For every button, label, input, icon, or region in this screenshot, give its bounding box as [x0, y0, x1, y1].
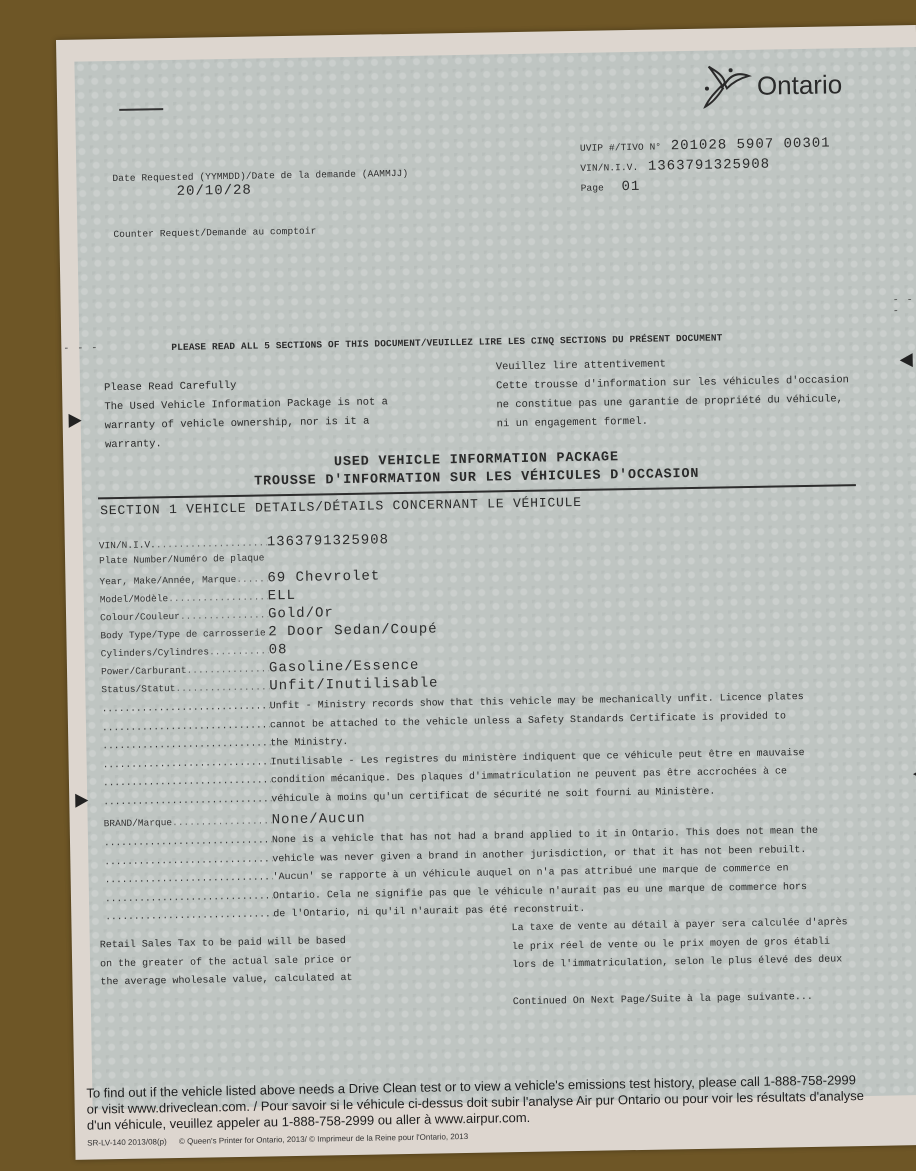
notice-english: Please Read Carefully The Used Vehicle I…	[104, 374, 389, 455]
field-label: Body Type/Type de carrosserie	[100, 627, 265, 641]
field-vin: VIN/N.I.V...............................…	[99, 532, 389, 553]
field-value: 1363791325908	[267, 532, 389, 550]
field-value: 2 Door Sedan/Coupé	[268, 621, 437, 640]
field-value: Unfit/Inutilisable	[269, 675, 438, 694]
perforation-left: - - -	[63, 343, 98, 355]
uvip-label: UVIP #/TIVO N°	[580, 141, 661, 153]
uvip-value: 201028 5907 00301	[671, 135, 831, 154]
date-requested-label: Date Requested (YYMMDD)/Date de la deman…	[112, 168, 408, 184]
field-plate: Plate Number/Numéro de plaque	[99, 552, 267, 566]
field-brand: BRAND/Marque............................…	[104, 811, 366, 832]
page-label: Page	[581, 182, 604, 193]
field-body-type: Body Type/Type de carrosserie 2 Door Sed…	[100, 621, 437, 643]
notice-en-line: warranty.	[105, 431, 389, 455]
field-label: Power/Carburant	[101, 665, 187, 677]
brand-notes: ........................................…	[104, 823, 820, 928]
date-requested-value: 20/10/28	[177, 183, 252, 200]
field-value: Gasoline/Essence	[269, 658, 420, 677]
field-model: Model/Modèle............................…	[100, 588, 296, 607]
copyright: © Queen's Printer for Ontario, 2013/ © I…	[179, 1132, 468, 1146]
security-form-area: Ontario Date Requested (YYMMDD)/Date de …	[74, 47, 916, 1110]
field-label: BRAND/Marque	[104, 817, 173, 829]
perforation-right: - - -	[893, 295, 916, 317]
field-value: None/Aucun	[272, 811, 366, 829]
uvip-block: UVIP #/TIVO N° 201028 5907 00301 VIN/N.I…	[580, 132, 832, 196]
document-sheet: Ontario Date Requested (YYMMDD)/Date de …	[56, 25, 916, 1160]
continued-next-page: Continued On Next Page/Suite à la page s…	[513, 988, 849, 1012]
ontario-logo: Ontario	[701, 62, 843, 108]
vin-value: 1363791325908	[648, 157, 770, 175]
status-notes: ........................................…	[102, 689, 806, 812]
trillium-icon	[701, 64, 754, 109]
drive-clean-footer: To find out if the vehicle listed above …	[86, 1071, 916, 1152]
field-label: Cylinders/Cylindres	[101, 646, 210, 659]
left-margin-arrow-icon	[75, 794, 88, 808]
left-margin-arrow-icon	[69, 414, 82, 428]
read-all-sections-banner: PLEASE READ ALL 5 SECTIONS OF THIS DOCUM…	[171, 332, 722, 353]
field-value: 08	[269, 642, 288, 658]
status-note-line: the Ministry.	[270, 734, 348, 754]
counter-request: Counter Request/Demande au comptoir	[113, 225, 316, 240]
vehicle-details: VIN/N.I.V...............................…	[99, 524, 859, 537]
field-colour: Colour/Couleur..........................…	[100, 605, 334, 625]
field-value: 69 Chevrolet	[267, 568, 380, 586]
field-year-make: Year, Make/Année, Marque................…	[99, 568, 380, 589]
field-cylinders: Cylinders/Cylindres.....................…	[101, 642, 288, 661]
field-label: Model/Modèle	[100, 593, 169, 605]
field-label: Plate Number/Numéro de plaque	[99, 552, 264, 566]
tax-french: La taxe de vente au détail à payer sera …	[511, 914, 849, 1012]
field-status: Status/Statut...........................…	[101, 675, 438, 697]
form-number: SR-LV-140 2013/08(p)	[87, 1137, 167, 1147]
tax-english: Retail Sales Tax to be paid will be base…	[100, 933, 353, 993]
page-value: 01	[621, 179, 640, 195]
section-1-heading: SECTION 1 VEHICLE DETAILS/DÉTAILS CONCER…	[100, 495, 582, 518]
right-margin-arrow-icon	[900, 353, 913, 367]
vin-label: VIN/N.I.V.	[580, 162, 638, 174]
logo-text: Ontario	[757, 69, 843, 101]
field-label: Colour/Couleur	[100, 611, 180, 623]
field-label: Year, Make/Année, Marque	[99, 574, 236, 587]
top-tick-mark	[119, 108, 163, 111]
field-label: Status/Statut	[101, 683, 175, 695]
tax-en-line: the average wholesale value, calculated …	[100, 970, 352, 993]
field-value: Gold/Or	[268, 605, 334, 622]
notice-french: Veuillez lire attentivement Cette trouss…	[496, 352, 850, 434]
field-label: VIN/N.I.V.	[99, 539, 156, 551]
field-value: ELL	[268, 588, 296, 604]
